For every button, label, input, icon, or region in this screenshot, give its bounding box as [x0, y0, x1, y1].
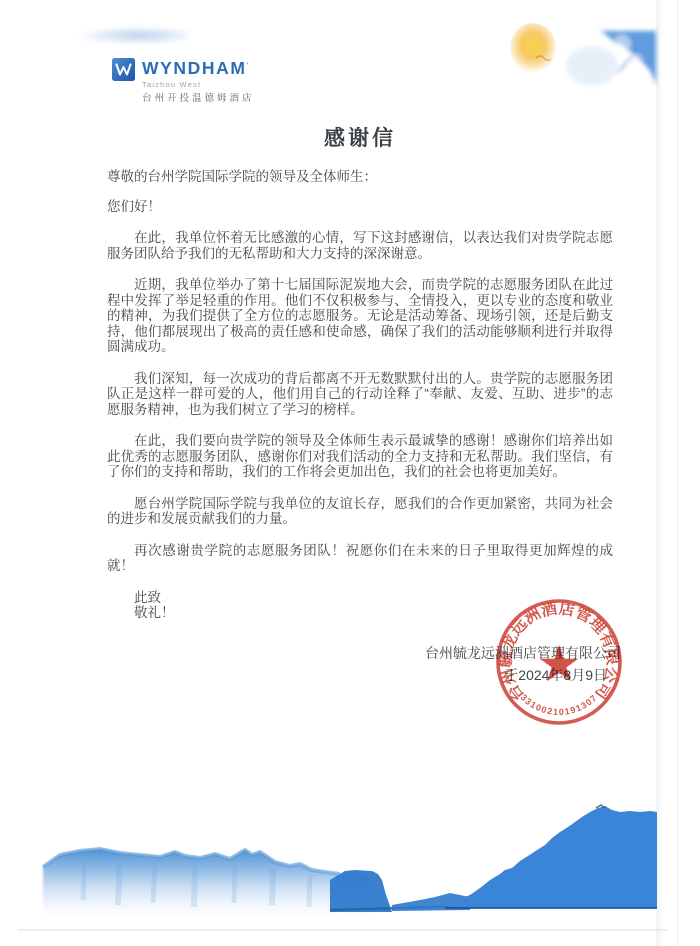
paragraph: 我们深知，每一次成功的背后都离不开无数默默付出的人。贵学院的志愿服务团队正是这样… [107, 371, 613, 418]
letter-title: 感谢信 [107, 126, 613, 152]
corner-wash [566, 46, 618, 86]
seal-serial-number: 33100210191307 [519, 692, 600, 717]
greeting-line: 您们好！ [107, 199, 613, 215]
paragraph: 再次感谢贵学院的志愿服务团队！祝愿你们在未来的日子里取得更加辉煌的成就！ [107, 543, 613, 574]
sun-watercolor [510, 23, 556, 73]
salutation: 尊敬的台州学院国际学院的领导及全体师生： [107, 169, 613, 185]
scanned-letter-photo: WYNDHAM’ Taizhou West 台州开投温德姆酒店 感谢信 尊敬的台… [0, 0, 700, 946]
corner-watercolor-art [470, 8, 670, 138]
right-watercolor-mountain [445, 806, 657, 908]
company-seal: 台州毓龙远洲酒店管理有限公司 33100210191307 ★ [489, 592, 629, 732]
paragraph: 愿台州学院国际学院与我单位的友谊长存，愿我们的合作更加紧密，共同为社会的进步和发… [107, 496, 613, 527]
photo-edge-line [677, 0, 678, 946]
left-watercolor-mountain [43, 849, 370, 920]
watercolor-smudge [58, 22, 188, 48]
corner-white-blotch [613, 35, 631, 53]
paragraph: 在此，我们要向贵学院的领导及全体师生表示最诚挚的感谢！感谢你们培养出如此优秀的志… [107, 433, 613, 480]
wyndham-logo-icon [112, 58, 135, 81]
corner-white-blotch [629, 53, 643, 67]
bottom-watercolor-art [25, 785, 670, 940]
wyndham-logo: WYNDHAM’ Taizhou West 台州开投温德姆酒店 [112, 57, 255, 104]
paragraph: 近期，我单位举办了第十七届国际泥炭地大会，而贵学院的志愿服务团队在此过程中发挥了… [107, 277, 613, 355]
trademark-mark: ’ [247, 63, 250, 69]
paragraph: 在此，我单位怀着无比感激的心情，写下这封感谢信，以表达我们对贵学院志愿服务团队给… [107, 230, 613, 261]
brand-name: WYNDHAM’ [142, 57, 255, 78]
brand-location: Taizhou West [142, 80, 255, 89]
middle-cliff [330, 870, 392, 912]
brand-chinese-name: 台州开投温德姆酒店 [142, 93, 255, 104]
star-icon: ★ [537, 636, 582, 692]
